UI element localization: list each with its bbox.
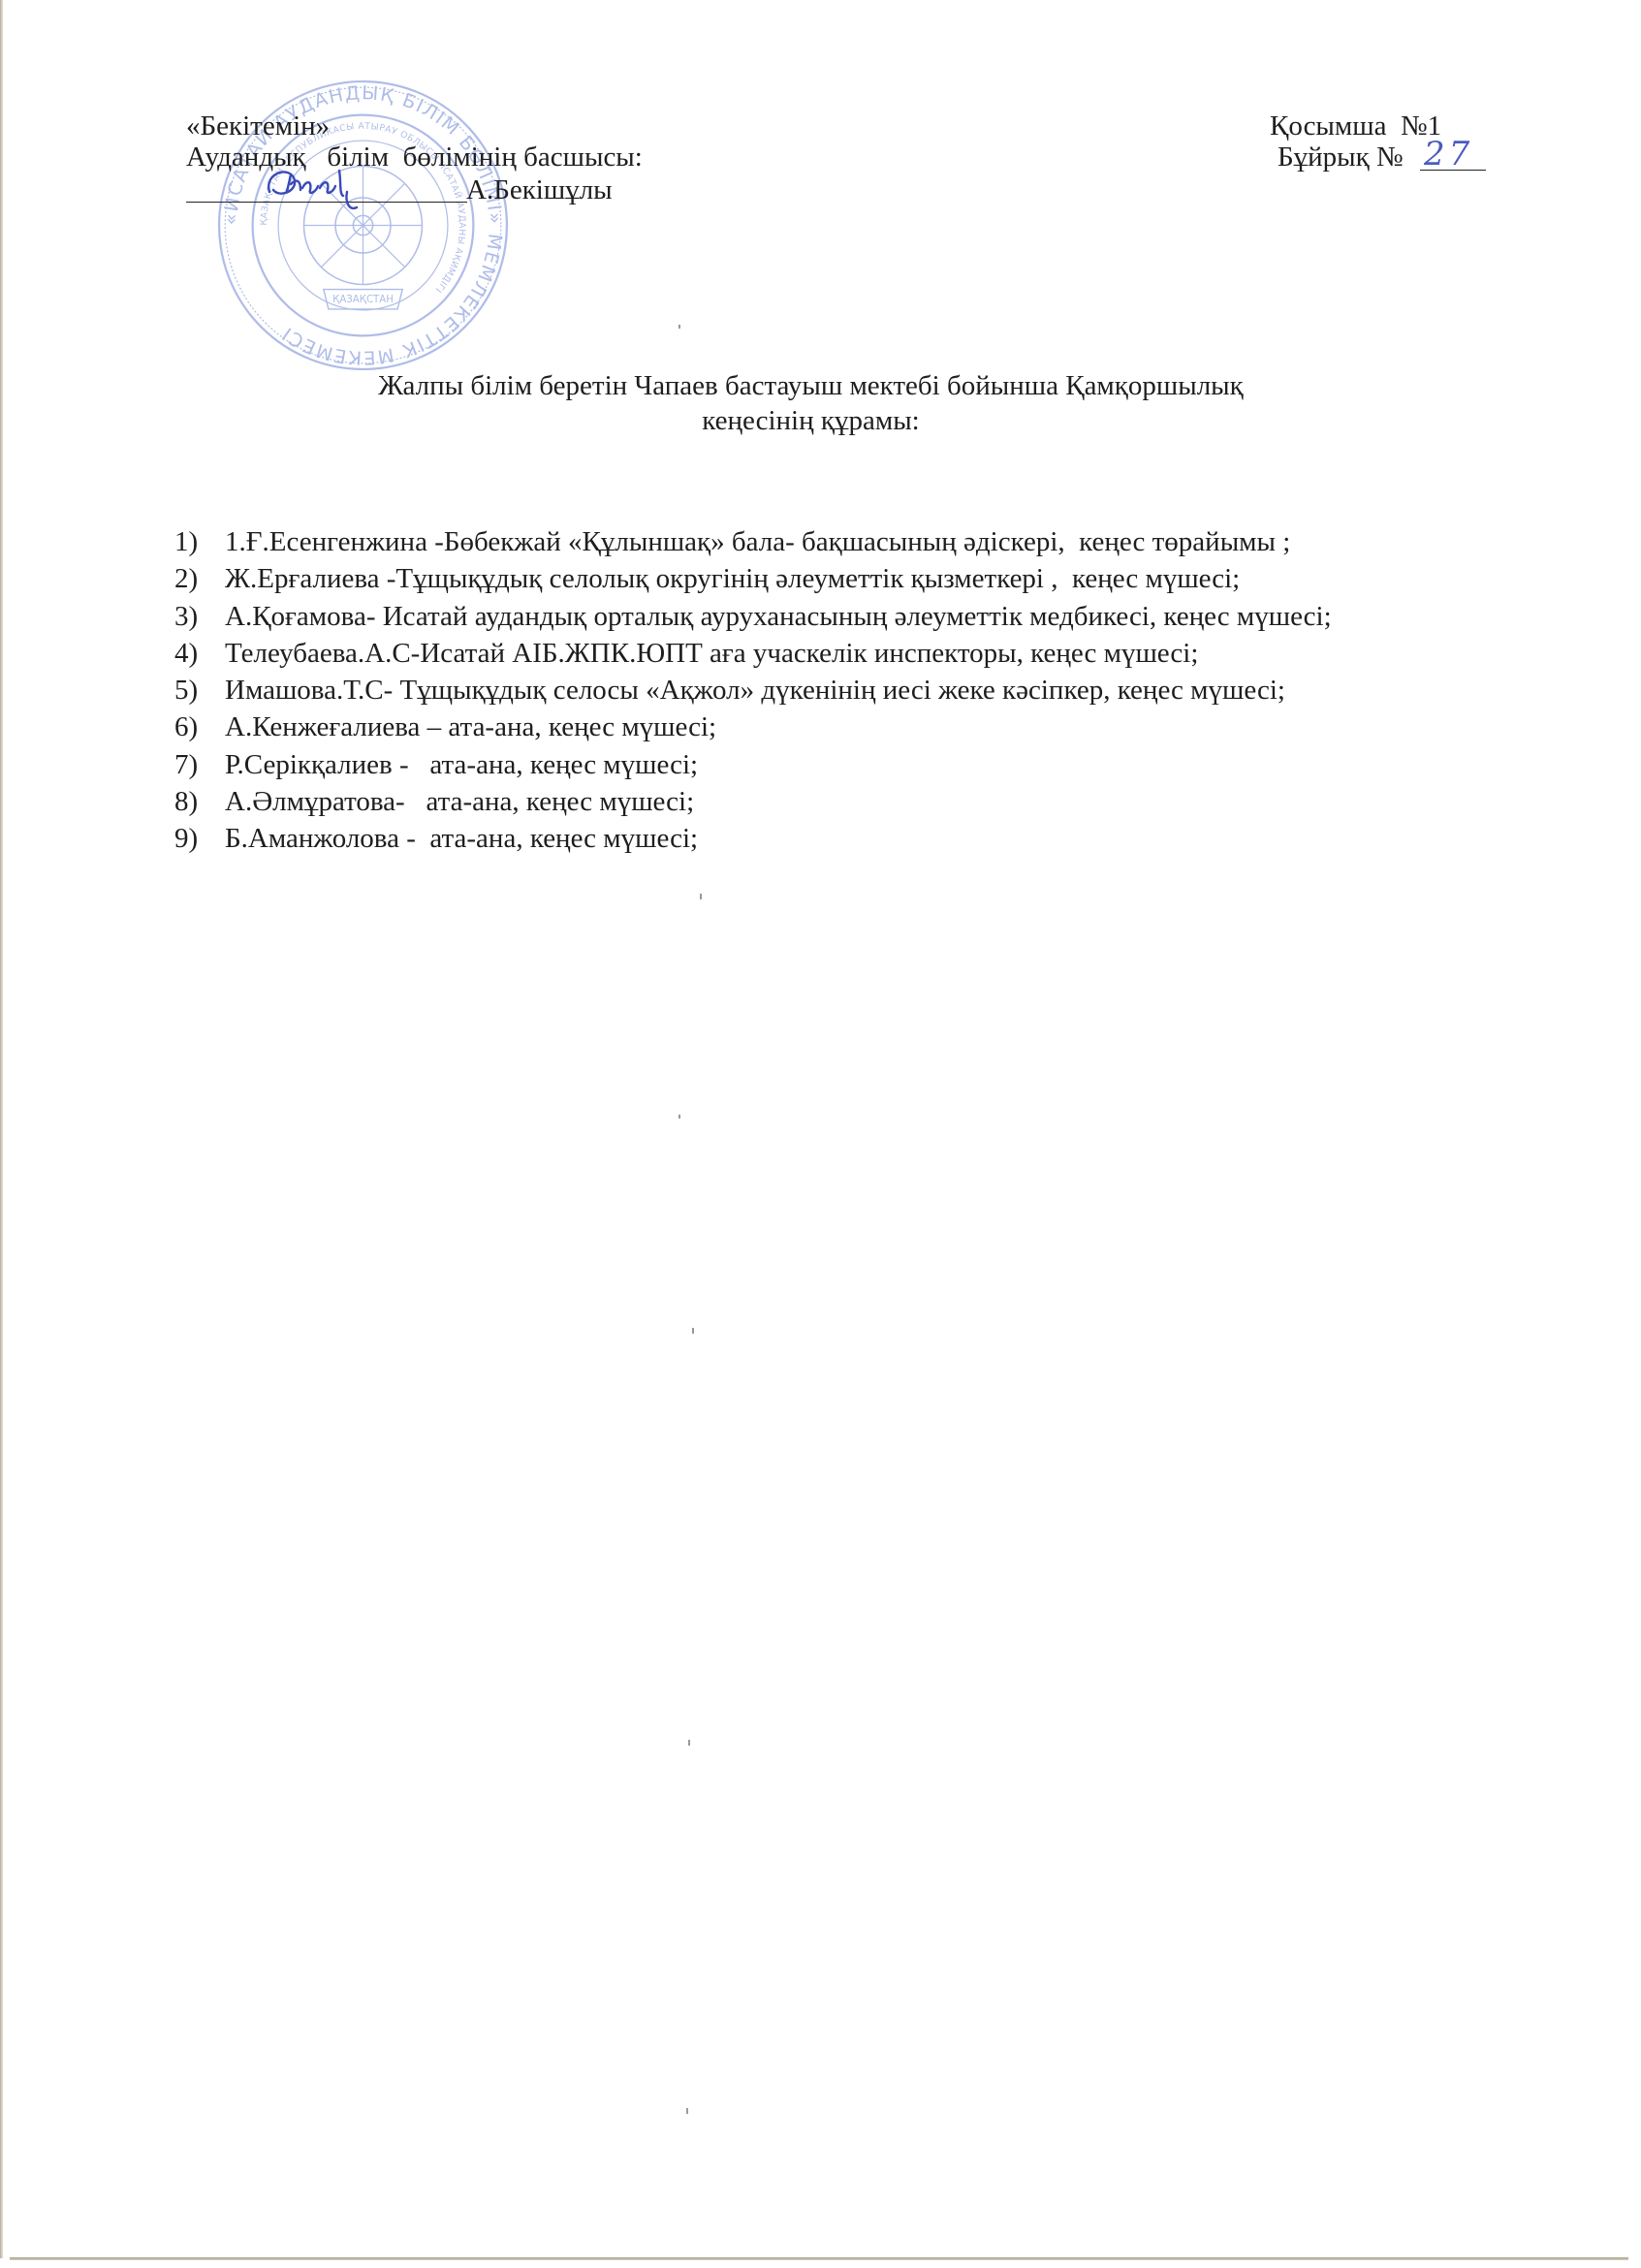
member-description: А.Қоғамова- Исатай аудандық орталық ауру… — [225, 598, 1332, 635]
scan-speck — [692, 1328, 694, 1334]
council-member-item: 9)Б.Аманжолова - ата-ана, кеңес мүшесі; — [174, 820, 1332, 857]
approver-position: Аудандық білім бөлімінің басшысы: — [186, 142, 643, 173]
member-description: А.Әлмұратова- ата-ана, кеңес мүшесі; — [225, 783, 694, 820]
scan-speck — [686, 2108, 688, 2114]
scan-speck — [678, 325, 680, 329]
member-number: 3) — [174, 598, 225, 635]
member-number: 4) — [174, 635, 225, 672]
member-number: 8) — [174, 783, 225, 820]
council-members-list: 1)1.Ғ.Есенгенжина -Бөбекжай «Құлыншақ» б… — [174, 523, 1332, 858]
scan-speck — [678, 1115, 680, 1118]
order-number: 27 — [1420, 138, 1486, 171]
member-number: 9) — [174, 820, 225, 857]
member-description: Р.Серікқалиев - ата-ана, кеңес мүшесі; — [225, 746, 698, 783]
document-page: «ИСАТАЙ АУДАНДЫҚ БІЛІМ БӨЛІМІ» МЕМЛЕКЕТТ… — [0, 0, 1641, 2268]
member-number: 1) — [174, 523, 225, 560]
document-title-line-2: кеңесінің құрамы: — [0, 403, 1631, 438]
council-member-item: 3)А.Қоғамова- Исатай аудандық орталық ау… — [174, 598, 1332, 635]
order-label: Бұйрық № — [1278, 142, 1404, 173]
council-member-item: 7)Р.Серікқалиев - ата-ана, кеңес мүшесі; — [174, 746, 1332, 783]
council-member-item: 6)А.Кенжеғалиева – ата-ана, кеңес мүшесі… — [174, 709, 1332, 745]
council-member-item: 4)Телеубаева.А.С-Исатай АІБ.ЖПК.ЮПТ аға … — [174, 635, 1332, 672]
member-number: 2) — [174, 560, 225, 597]
member-description: Б.Аманжолова - ата-ана, кеңес мүшесі; — [225, 820, 698, 857]
member-number: 6) — [174, 709, 225, 745]
council-member-item: 2)Ж.Ерғалиева -Тұщықұдық селолық округін… — [174, 560, 1332, 597]
member-description: Телеубаева.А.С-Исатай АІБ.ЖПК.ЮПТ аға уч… — [225, 635, 1198, 672]
member-number: 5) — [174, 672, 225, 709]
member-description: А.Кенжеғалиева – ата-ана, кеңес мүшесі; — [225, 709, 716, 745]
member-description: 1.Ғ.Есенгенжина -Бөбекжай «Құлыншақ» бал… — [225, 523, 1290, 560]
council-member-item: 8)А.Әлмұратова- ата-ана, кеңес мүшесі; — [174, 783, 1332, 820]
council-member-item: 5)Имашова.Т.С- Тұщықұдық селосы «Ақжол» … — [174, 672, 1332, 709]
member-description: Ж.Ерғалиева -Тұщықұдық селолық округінің… — [225, 560, 1240, 597]
member-description: Имашова.Т.С- Тұщықұдық селосы «Ақжол» дү… — [225, 672, 1285, 709]
member-number: 7) — [174, 746, 225, 783]
scan-speck — [688, 1740, 690, 1746]
document-title-line-1: Жалпы білім беретін Чапаев бастауыш мект… — [0, 368, 1631, 403]
annex-label: Қосымша №1 — [1270, 110, 1441, 142]
scan-bottom-edge — [10, 2257, 1628, 2260]
signature-icon — [262, 163, 378, 213]
scan-speck — [700, 894, 702, 899]
council-member-item: 1)1.Ғ.Есенгенжина -Бөбекжай «Құлыншақ» б… — [174, 523, 1332, 560]
approver-name: А.Бекішұлы — [466, 174, 613, 205]
scan-left-edge — [0, 0, 3, 2258]
svg-text:ҚАЗАҚСТАН: ҚАЗАҚСТАН — [332, 295, 394, 305]
approval-label: «Бекітемін» — [186, 110, 330, 142]
